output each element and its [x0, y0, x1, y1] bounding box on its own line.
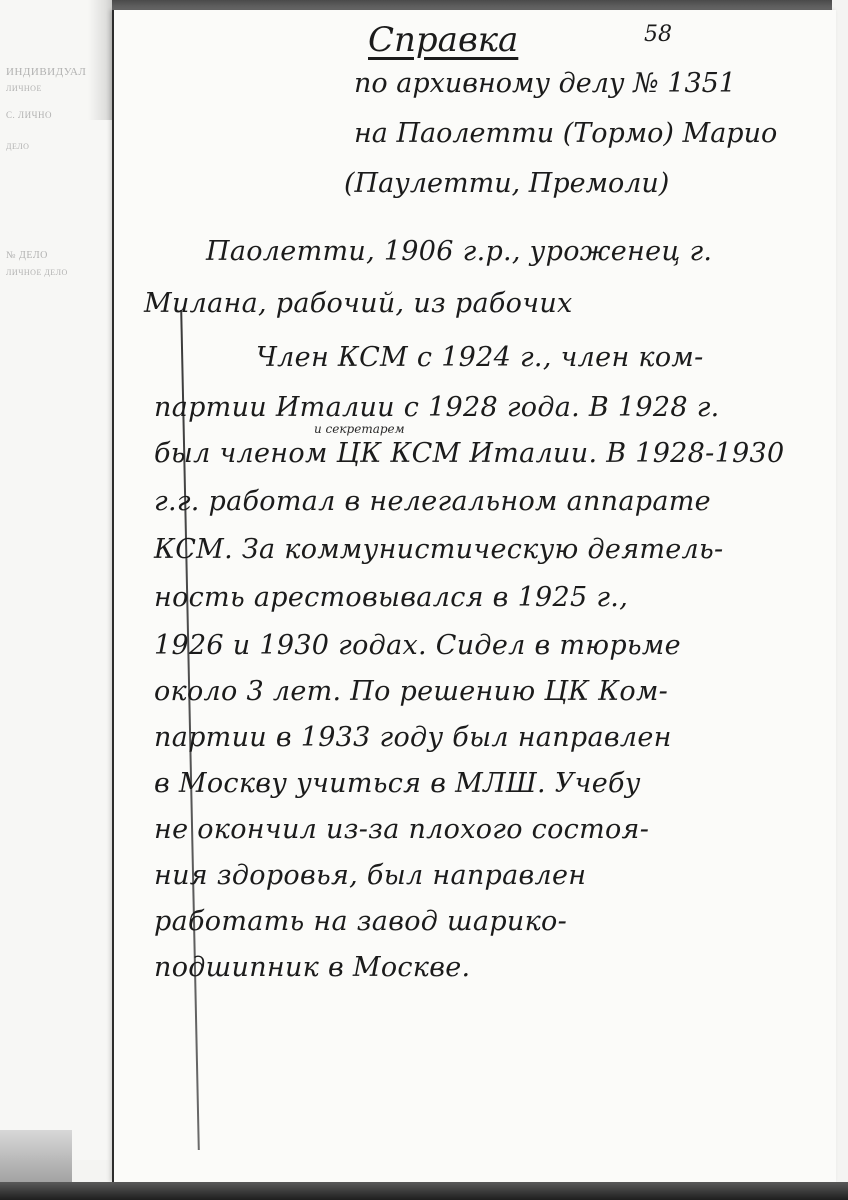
body-line: партии Италии с 1928 года. В 1928 г.	[154, 392, 720, 423]
body-line: ность арестовывался в 1925 г.,	[154, 582, 628, 613]
underlying-text: С. ЛИЧНО	[6, 110, 52, 120]
body-line: работать на завод шарико-	[154, 906, 567, 937]
body-line: в Москву учиться в МЛШ. Учебу	[154, 768, 641, 799]
underlying-text: № ДЕЛО	[6, 250, 48, 261]
underlying-text: ИНДИВИДУАЛ	[6, 66, 86, 78]
page-number: 58	[644, 22, 672, 47]
body-line: не окончил из-за плохого состоя-	[154, 814, 649, 845]
body-line: подшипник в Москве.	[154, 952, 470, 983]
body-line: был членом ЦК КСМ Италии. В 1928-1930	[154, 438, 784, 469]
document-sheet: Справка 58 по архивному делу № 1351 на П…	[112, 10, 836, 1182]
interlinear-insertion: и секретарем	[314, 422, 405, 436]
heading-line: (Паулетти, Премоли)	[344, 168, 669, 199]
body-line: Паолетти, 1906 г.р., уроженец г.	[206, 236, 712, 267]
body-line: Член КСМ с 1924 г., член ком-	[256, 342, 704, 373]
body-line: Милана, рабочий, из рабочих	[144, 288, 573, 319]
body-line: партии в 1933 году был направлен	[154, 722, 672, 753]
body-line: 1926 и 1930 годах. Сидел в тюрьме	[154, 630, 681, 661]
scan-edge-top	[112, 0, 832, 10]
document-title: Справка	[368, 20, 518, 60]
page-fold	[0, 1130, 72, 1190]
heading-line: по архивному делу № 1351	[354, 68, 736, 99]
body-line: г.г. работал в нелегальном аппарате	[154, 486, 711, 517]
underlying-page: ИНДИВИДУАЛ ЛИЧНОЕ С. ЛИЧНО ДЕЛО № ДЕЛО Л…	[0, 0, 112, 1160]
body-line: ния здоровья, был направлен	[154, 860, 586, 891]
body-line: КСМ. За коммунистическую деятель-	[154, 534, 723, 565]
scan-edge-bottom	[0, 1182, 848, 1200]
underlying-text: ЛИЧНОЕ	[6, 84, 42, 93]
heading-line: на Паолетти (Тормо) Марио	[354, 118, 777, 149]
body-line: около 3 лет. По решению ЦК Ком-	[154, 676, 668, 707]
underlying-text: ЛИЧНОЕ ДЕЛО	[6, 268, 68, 277]
underlying-text: ДЕЛО	[6, 142, 29, 151]
